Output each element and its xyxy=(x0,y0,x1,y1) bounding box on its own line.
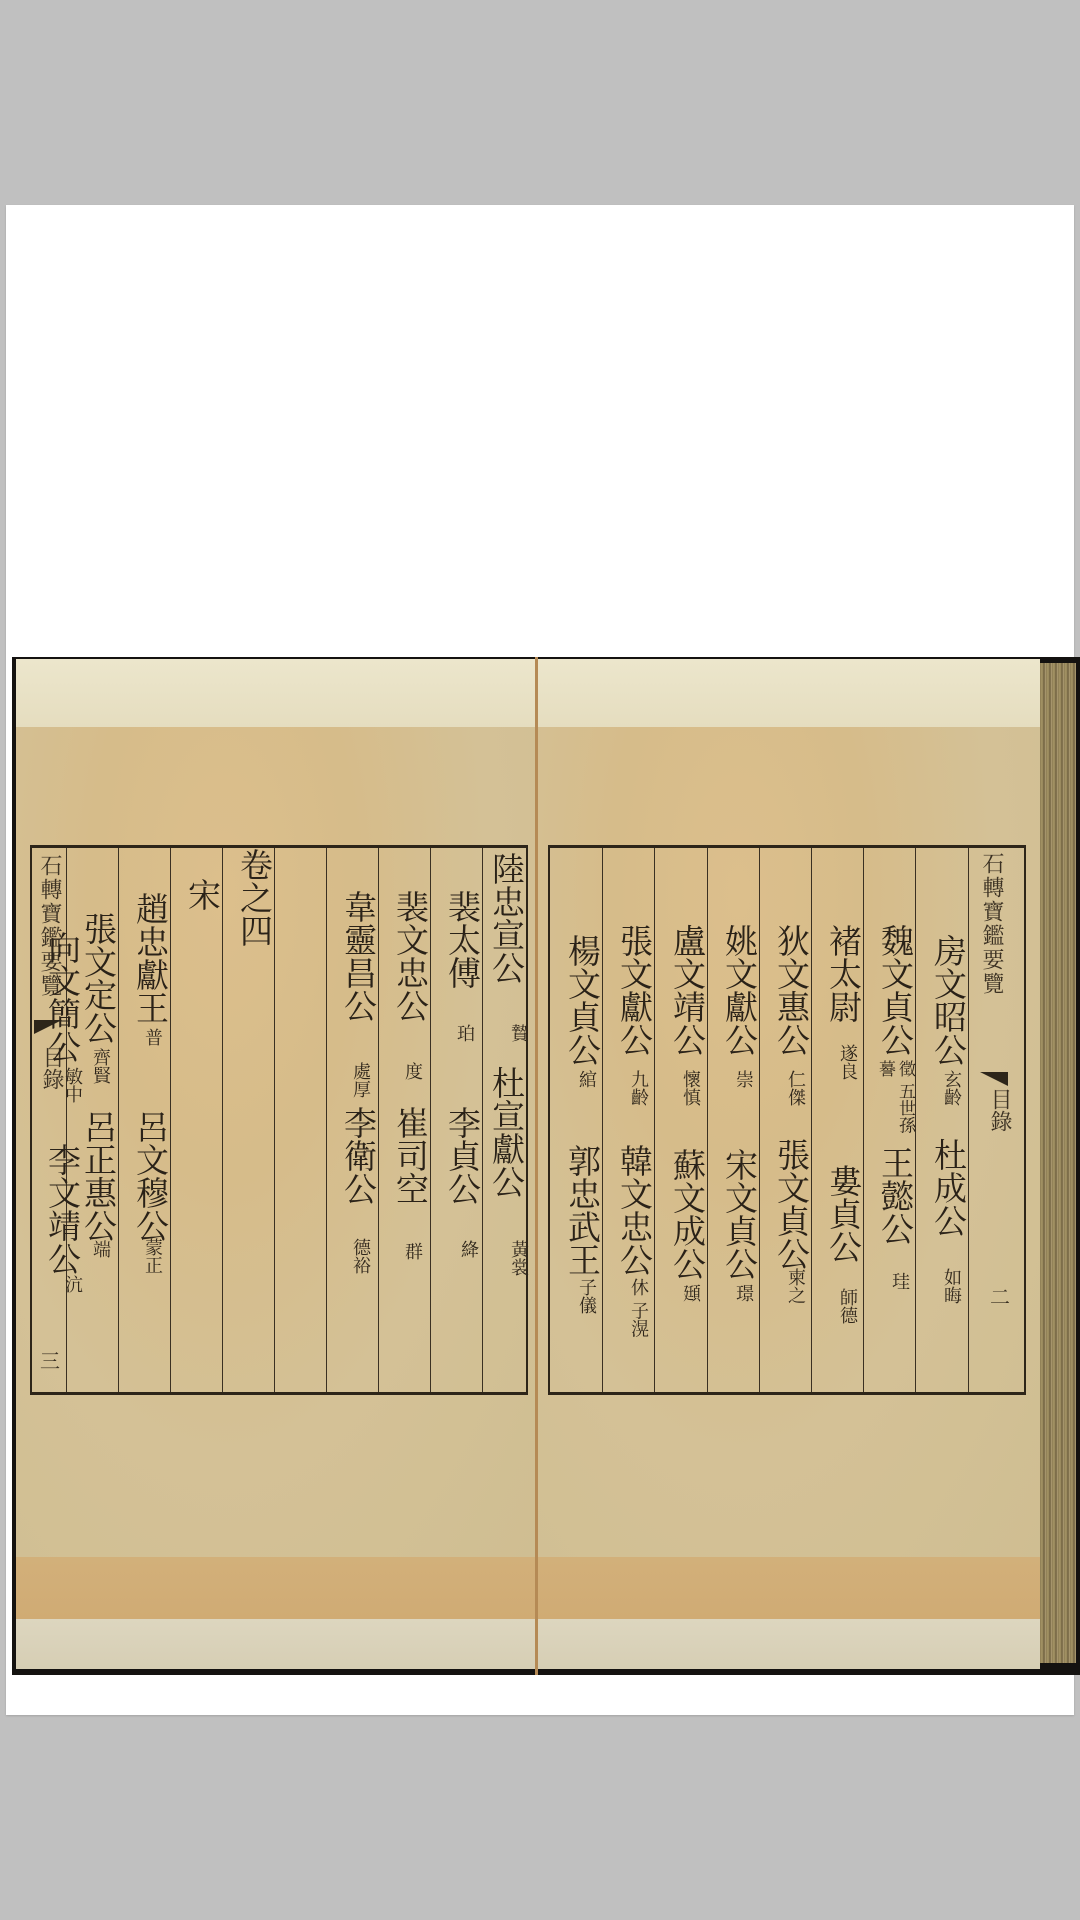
entry-note: 璟 xyxy=(731,1284,755,1302)
entry-column: 姚文獻公 崇 宋文貞公 璟 xyxy=(707,848,759,1392)
entry-column: 裴文忠公 度 崔司空 群 xyxy=(378,848,430,1392)
entry-note: 齊賢 xyxy=(88,1048,112,1084)
entry-note: 徵 五世孫謩 xyxy=(875,1060,915,1144)
volume-title: 卷之四 xyxy=(230,848,274,947)
entry-note: 沆 xyxy=(60,1275,84,1293)
entry-note: 如晦 xyxy=(939,1268,963,1304)
right-folio: 二 xyxy=(990,1284,1010,1310)
right-text-frame: 石轉寶鑑要覽 目錄 二 房文昭公 玄齡 杜成公 如晦 魏文貞公 xyxy=(548,845,1026,1395)
right-page: 石轉寶鑑要覽 目錄 二 房文昭公 玄齡 杜成公 如晦 魏文貞公 xyxy=(538,659,1040,1669)
entry-name: 向文簡公 xyxy=(44,931,82,1063)
entry-note: 師德 xyxy=(835,1288,859,1324)
right-margin-title: 石轉寶鑑要覽 xyxy=(978,852,1004,996)
entry-name: 郭忠武王 xyxy=(558,1144,602,1276)
page-bottom-edge xyxy=(16,1619,536,1669)
entry-note: 九齡 xyxy=(626,1070,650,1106)
entry-note: 綰 xyxy=(574,1070,598,1088)
entry-note: 玄齡 xyxy=(939,1070,963,1106)
entry-note: 懷慎 xyxy=(678,1070,702,1106)
image-viewer-card: 石轉寶鑑要覽 目錄 三 xyxy=(6,205,1074,1715)
entry-note: 遂良 xyxy=(835,1044,859,1080)
page-bottom-stain xyxy=(538,1557,1040,1619)
entry-note: 絳 xyxy=(456,1240,480,1258)
entry-column: 韋靈昌公 處厚 李衛公 德裕 xyxy=(326,848,378,1392)
page-top-edge xyxy=(16,659,536,727)
entry-note: 普 xyxy=(140,1028,164,1046)
entry-column: 張文獻公 九齡 韓文忠公 休 子滉 xyxy=(602,848,654,1392)
margin-section-text: 目錄 xyxy=(986,1088,1012,1132)
dynasty-heading: 宋 xyxy=(170,848,222,1392)
entry-name: 趙忠獻王 xyxy=(126,892,170,1024)
entry-name: 楊文貞公 xyxy=(558,934,602,1066)
entry-note: 敏中 xyxy=(60,1067,84,1103)
entry-name: 王懿公 xyxy=(871,1146,915,1245)
entry-note: 子儀 xyxy=(574,1278,598,1314)
entry-name: 李貞公 xyxy=(438,1106,482,1205)
entry-name: 狄文惠公 xyxy=(767,924,811,1056)
entry-name: 婁貞公 xyxy=(819,1164,863,1263)
entry-note: 處厚 xyxy=(348,1062,372,1098)
entry-name: 呂文穆公 xyxy=(126,1110,170,1242)
entry-column xyxy=(502,847,546,1391)
entry-name: 杜成公 xyxy=(923,1138,968,1237)
volume-heading: 卷之四 xyxy=(222,848,274,1392)
entry-column: 趙忠獻王 普 呂文穆公 蒙正 xyxy=(118,848,170,1392)
dynasty-title: 宋 xyxy=(180,878,222,911)
page-bottom-stain xyxy=(16,1557,536,1619)
entry-note: 德裕 xyxy=(348,1238,372,1274)
entry-note: 仁傑 xyxy=(783,1070,807,1106)
entry-note: 珪 xyxy=(887,1272,911,1290)
entry-name: 李衛公 xyxy=(334,1106,378,1205)
left-text-frame: 石轉寶鑑要覽 目錄 三 xyxy=(30,845,528,1395)
column-rule xyxy=(274,848,275,1392)
entry-name: 褚太尉 xyxy=(819,924,863,1023)
entry-name: 張文貞公 xyxy=(767,1138,811,1270)
entry-column: 向文簡公 敏中 李文靖公 沆 xyxy=(34,845,82,1389)
entry-note: 柬之 xyxy=(783,1268,807,1304)
entry-note: 珀 xyxy=(452,1024,476,1042)
book-photo: 石轉寶鑑要覽 目錄 三 xyxy=(12,657,1080,1675)
entry-column: 褚太尉 遂良 婁貞公 師德 xyxy=(811,848,863,1392)
entry-note: 頲 xyxy=(678,1284,702,1302)
entry-note: 端 xyxy=(88,1240,112,1258)
entry-name: 韋靈昌公 xyxy=(334,890,378,1022)
margin-title-text: 石轉寶鑑要覽 xyxy=(978,852,1004,996)
entry-name: 魏文貞公 xyxy=(871,924,915,1056)
entry-column: 狄文惠公 仁傑 張文貞公 柬之 xyxy=(759,848,811,1392)
folio-number: 二 xyxy=(990,1284,1010,1310)
entry-name: 裴太傅 xyxy=(438,890,482,989)
entry-name: 宋文貞公 xyxy=(715,1148,759,1280)
entry-column: 魏文貞公 徵 五世孫謩 王懿公 珪 xyxy=(863,848,915,1392)
entry-name: 房文昭公 xyxy=(923,934,968,1066)
entry-column: 楊文貞公 綰 郭忠武王 子儀 xyxy=(550,848,602,1392)
entry-note: 度 xyxy=(400,1062,424,1080)
page-bottom-edge xyxy=(538,1619,1040,1669)
entry-note: 休 子滉 xyxy=(626,1278,650,1338)
entry-name: 姚文獻公 xyxy=(715,924,759,1056)
entry-column: 盧文靖公 懷慎 蘇文成公 頲 xyxy=(654,848,707,1392)
entry-name: 盧文靖公 xyxy=(662,924,707,1056)
column-rule xyxy=(968,848,969,1392)
entry-column: 裴太傅 珀 李貞公 絳 xyxy=(430,848,482,1392)
entry-name: 崔司空 xyxy=(386,1106,430,1205)
entry-note: 蒙正 xyxy=(140,1238,164,1274)
entry-name: 蘇文成公 xyxy=(662,1148,707,1280)
entry-column: 房文昭公 玄齡 杜成公 如晦 xyxy=(915,848,968,1392)
right-margin-section: 目錄 xyxy=(986,1088,1012,1132)
page-top-edge xyxy=(538,659,1040,727)
entry-note: 崇 xyxy=(731,1070,755,1088)
left-page: 石轉寶鑑要覽 目錄 三 xyxy=(16,659,536,1669)
entry-name: 李文靖公 xyxy=(44,1143,82,1275)
entry-name: 韓文忠公 xyxy=(610,1144,654,1276)
entry-name: 張文獻公 xyxy=(610,924,654,1056)
book-fore-edge xyxy=(1040,663,1076,1663)
entry-name: 裴文忠公 xyxy=(386,890,430,1022)
entry-note: 群 xyxy=(400,1242,424,1260)
fishtail-icon xyxy=(980,1072,1008,1086)
